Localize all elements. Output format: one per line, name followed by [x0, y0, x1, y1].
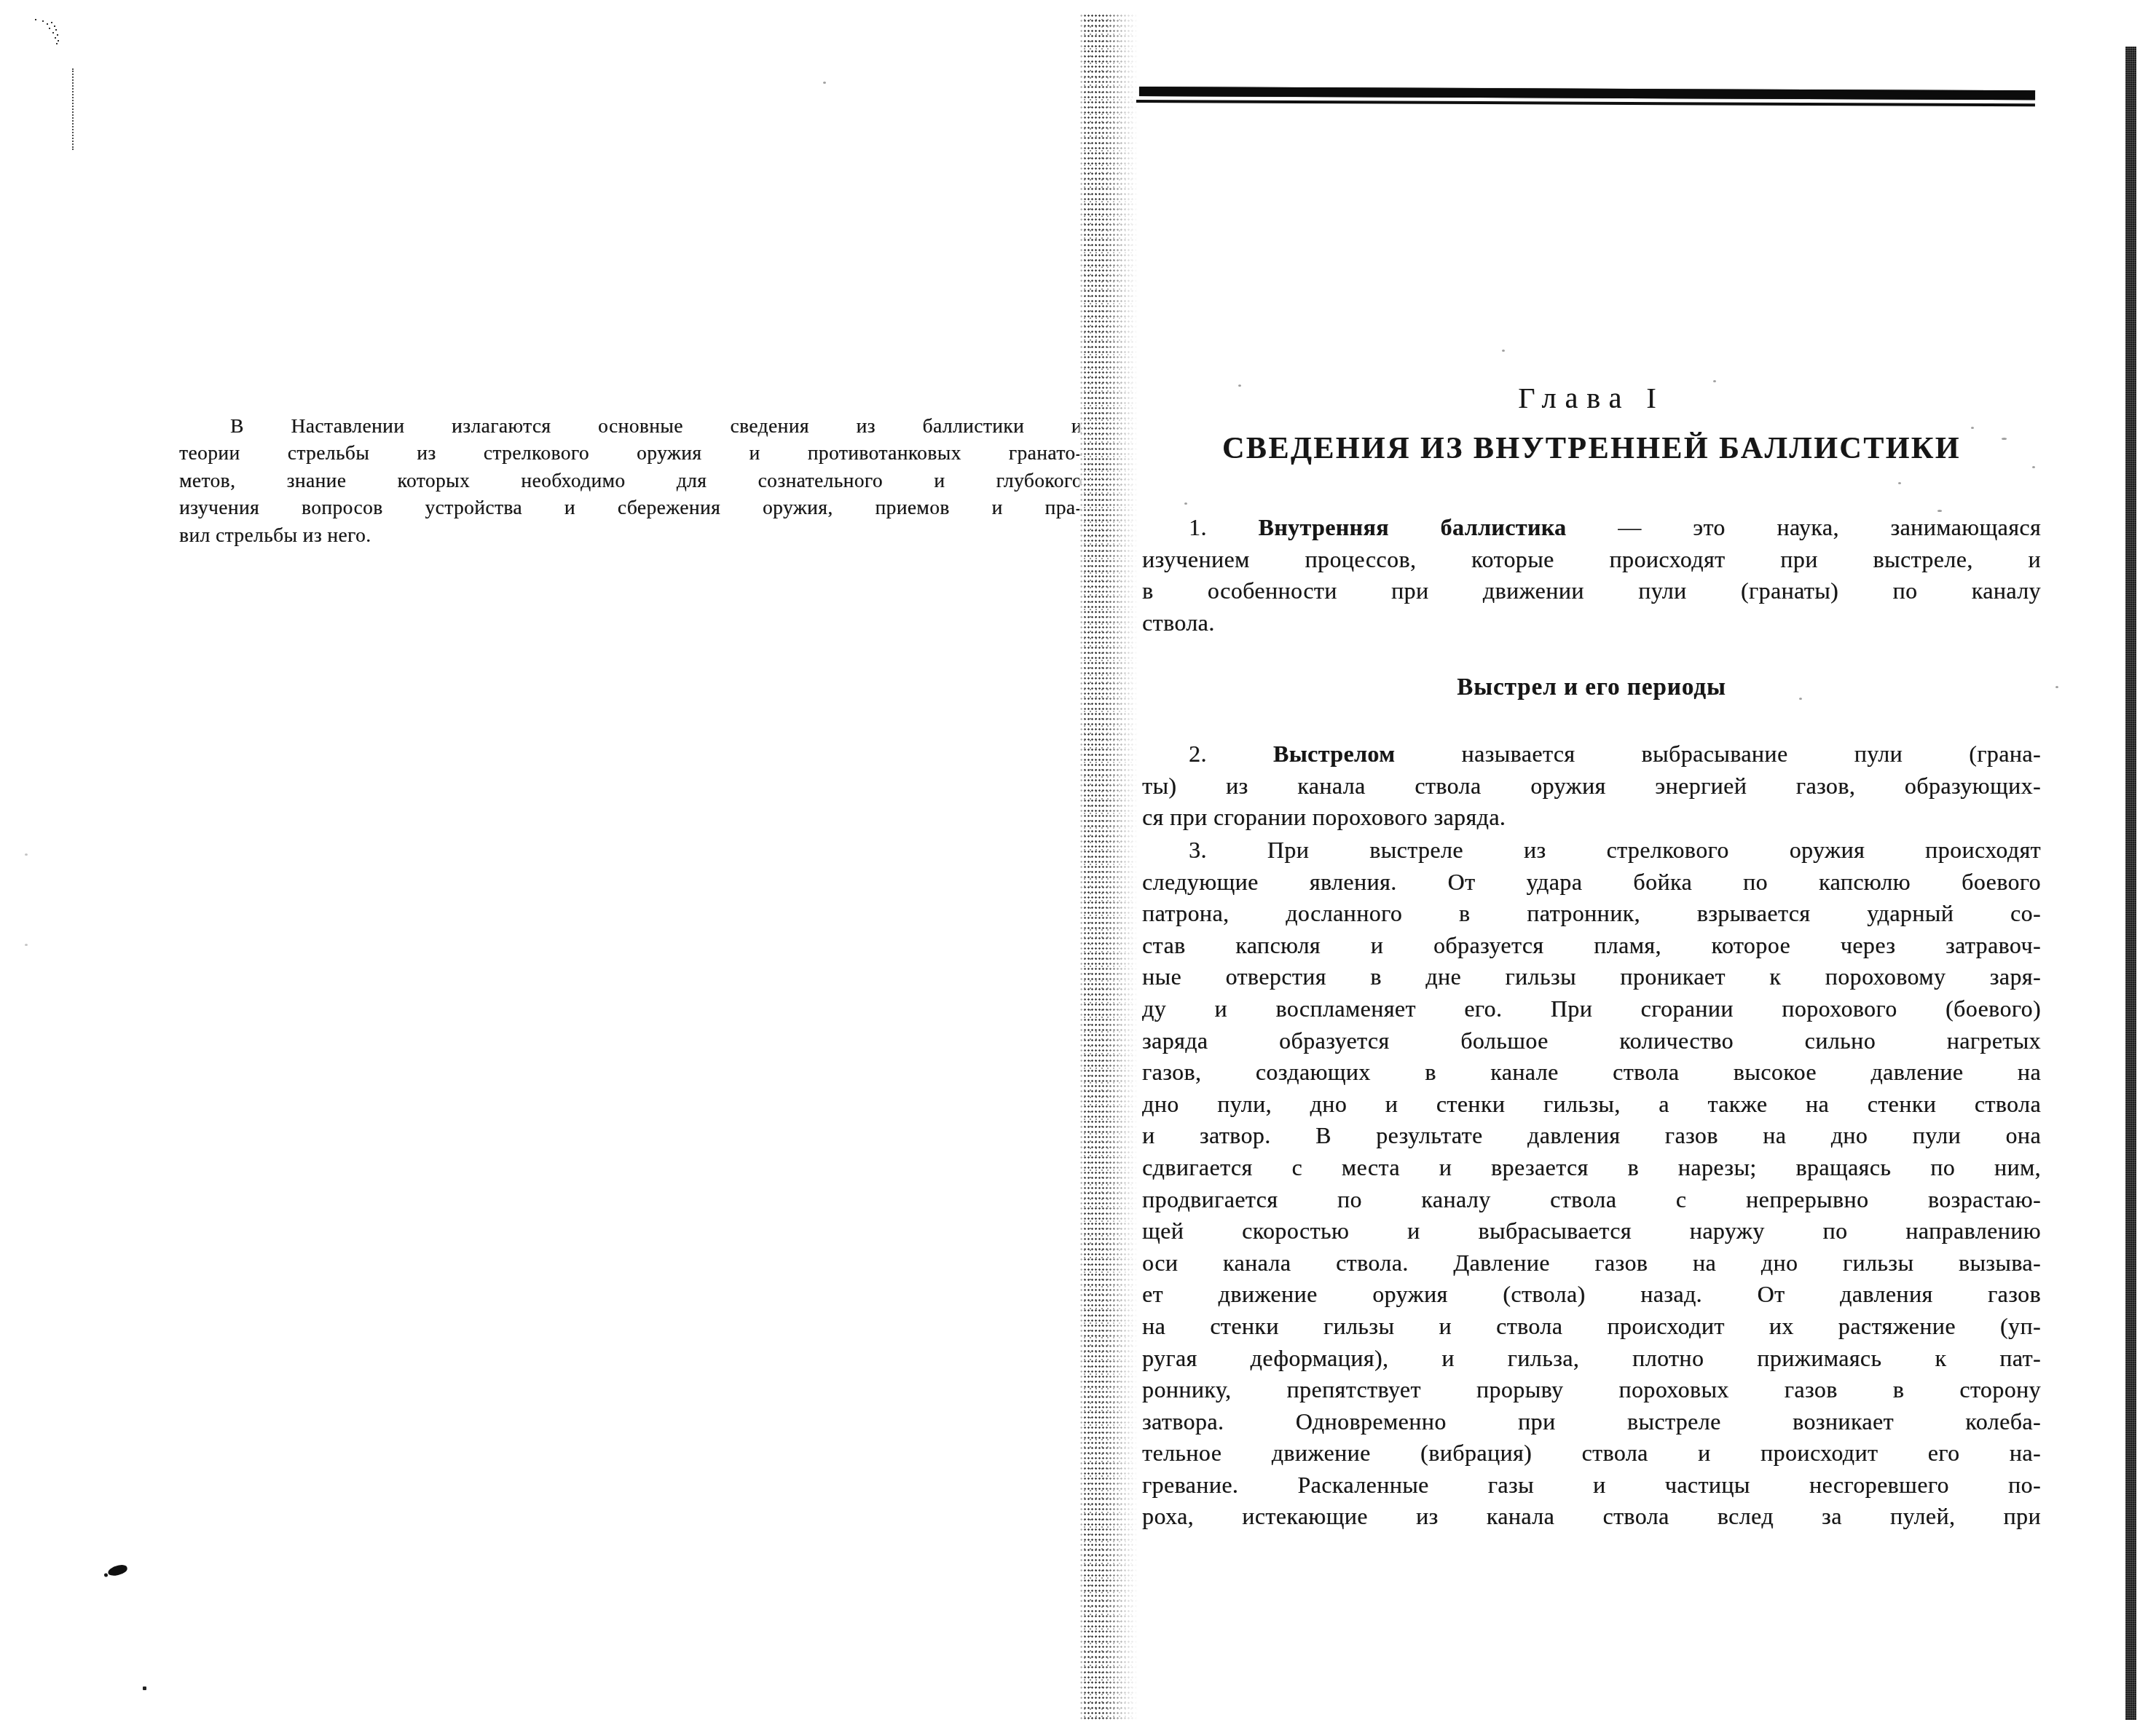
text-line: ты) из канала ствола оружия энергией газ… [1142, 770, 2041, 802]
scan-noise-speck [2002, 438, 2007, 440]
text-run: Выстрелом [1273, 741, 1395, 767]
paragraph-2: 2. Выстрелом называется выбрасывание пул… [1142, 738, 2041, 834]
text-run: В Наставлении излагаются основные сведен… [230, 414, 1082, 437]
text-line: следующие явления. От удара бойка по кап… [1142, 867, 2041, 899]
header-rule [1139, 87, 2038, 106]
text-run: роннику, препятствует прорыву пороховых … [1142, 1376, 2041, 1403]
text-run: ты) из канала ствола оружия энергией газ… [1142, 773, 2041, 799]
text-line: изучением процессов, которые происходят … [1142, 544, 2041, 576]
text-line: ет движение оружия (ствола) назад. От да… [1142, 1279, 2041, 1311]
gutter-fade-overlay [1079, 13, 1141, 1720]
scan-noise-speck [25, 853, 28, 856]
text-run: следующие явления. От удара бойка по кап… [1142, 869, 2041, 895]
section-heading: Выстрел и его периоды [1142, 674, 2041, 701]
text-line: теории стрельбы из стрелкового оружия и … [179, 439, 1082, 466]
scan-noise-speck [1799, 698, 1802, 700]
text-line: вил стрельбы из него. [179, 521, 1082, 548]
scan-noise-speck [823, 82, 826, 84]
text-run: роха, истекающие из канала ствола вслед … [1142, 1503, 2041, 1529]
text-line: 2. Выстрелом называется выбрасывание пул… [1142, 738, 2041, 770]
text-run: ствола. [1142, 610, 1215, 636]
text-run: изучения вопросов устройства и сбережени… [179, 496, 1082, 518]
text-line: изучения вопросов устройства и сбережени… [179, 494, 1082, 521]
text-run: 2. [1189, 741, 1273, 767]
text-line: оси канала ствола. Давление газов на дно… [1142, 1247, 2041, 1279]
header-rule-thick [1139, 87, 2035, 100]
text-run: ные отверстия в дне гильзы проникает к п… [1142, 963, 2041, 990]
text-line: сдвигается с места и врезается в нарезы;… [1142, 1152, 2041, 1184]
text-run: газов, создающих в канале ствола высокое… [1142, 1059, 2041, 1085]
text-line: ругая деформация), и гильза, плотно приж… [1142, 1343, 2041, 1375]
scan-noise-speck [1184, 502, 1187, 505]
text-line: на стенки гильзы и ствола происходит их … [1142, 1311, 2041, 1343]
text-run: щей скоростью и выбрасывается наружу по … [1142, 1218, 2041, 1244]
text-line: и затвор. В результате давления газов на… [1142, 1120, 2041, 1152]
text-run: гревание. Раскаленные газы и частицы нес… [1142, 1472, 2041, 1498]
text-line: гревание. Раскаленные газы и частицы нес… [1142, 1470, 2041, 1502]
scan-noise-speck [1971, 427, 1974, 429]
text-line: ся при сгорании порохового заряда. [1142, 802, 2041, 834]
text-run: ду и воспламеняет его. При сгорании поро… [1142, 995, 2041, 1022]
scan-dust-cluster [35, 19, 36, 20]
text-run: оси канала ствола. Давление газов на дно… [1142, 1250, 2041, 1276]
text-line: В Наставлении излагаются основные сведен… [179, 412, 1082, 439]
text-run: ся при сгорании порохового заряда. [1142, 804, 1506, 830]
text-line: в особенности при движении пули (гранаты… [1142, 575, 2041, 607]
text-run: называется выбрасывание пули (грана- [1395, 741, 2041, 767]
scan-noise-speck [1937, 510, 1942, 512]
paragraph-1: 1. Внутренняя баллистика — это наука, за… [1142, 512, 2041, 639]
ink-blot-mark [107, 1563, 128, 1577]
text-line: затвора. Одновременно при выстреле возни… [1142, 1406, 2041, 1438]
text-run: вил стрельбы из него. [179, 524, 371, 546]
scan-noise-speck [1238, 384, 1241, 387]
text-line: 1. Внутренняя баллистика — это наука, за… [1142, 512, 2041, 544]
text-run: ет движение оружия (ствола) назад. От да… [1142, 1281, 2041, 1307]
left-page-paragraph: В Наставлении излагаются основные сведен… [179, 412, 1082, 548]
text-line: дно пули, дно и стенки гильзы, а также н… [1142, 1089, 2041, 1121]
text-line: 3. При выстреле из стрелкового оружия пр… [1142, 835, 2041, 867]
text-run: ругая деформация), и гильза, плотно приж… [1142, 1345, 2041, 1371]
text-run: дно пули, дно и стенки гильзы, а также н… [1142, 1091, 2041, 1117]
text-line: щей скоростью и выбрасывается наружу по … [1142, 1215, 2041, 1247]
header-rule-thin [1136, 100, 2035, 106]
text-run: сдвигается с места и врезается в нарезы;… [1142, 1154, 2041, 1180]
text-run: — это наука, занимающаяся [1567, 514, 2042, 540]
text-run: изучением процессов, которые происходят … [1142, 546, 2041, 572]
text-line: роха, истекающие из канала ствола вслед … [1142, 1501, 2041, 1533]
scanned-book-spread: В Наставлении излагаются основные сведен… [0, 0, 2156, 1720]
text-run: затвора. Одновременно при выстреле возни… [1142, 1408, 2041, 1435]
text-line: ду и воспламеняет его. При сгорании поро… [1142, 993, 2041, 1025]
text-line: став капсюля и образуется пламя, которое… [1142, 930, 2041, 962]
scan-noise-speck [2032, 466, 2035, 468]
text-run: на стенки гильзы и ствола происходит их … [1142, 1313, 2041, 1339]
text-run: 3. При выстреле из стрелкового оружия пр… [1189, 837, 2041, 863]
text-run: и затвор. В результате давления газов на… [1142, 1122, 2041, 1148]
chapter-title: СВЕДЕНИЯ ИЗ ВНУТРЕННЕЙ БАЛЛИСТИКИ [1142, 431, 2041, 466]
scan-noise-speck [1502, 350, 1505, 352]
chapter-number: Глава I [1142, 381, 2041, 415]
page-edge-shadow [2125, 47, 2136, 1720]
text-run: тельное движение (вибрация) ствола и про… [1142, 1440, 2041, 1466]
text-run: в особенности при движении пули (гранаты… [1142, 577, 2041, 604]
scan-dot-mark [143, 1687, 146, 1690]
scan-noise-speck [1898, 482, 1901, 484]
text-line: продвигается по каналу ствола с непрерыв… [1142, 1184, 2041, 1216]
text-run: став капсюля и образуется пламя, которое… [1142, 932, 2041, 958]
text-run: теории стрельбы из стрелкового оружия и … [179, 441, 1082, 464]
text-line: роннику, препятствует прорыву пороховых … [1142, 1374, 2041, 1406]
scan-noise-speck [25, 944, 28, 946]
scan-noise-speck [1713, 380, 1716, 382]
text-line: заряда образуется большое количество сил… [1142, 1025, 2041, 1057]
text-run: заряда образуется большое количество сил… [1142, 1027, 2041, 1054]
scan-noise-speck [2055, 686, 2058, 688]
text-line: газов, создающих в канале ствола высокое… [1142, 1057, 2041, 1089]
binding-gutter-shadow [1079, 13, 1141, 1720]
text-line: ствола. [1142, 607, 2041, 639]
text-line: патрона, досланного в патронник, взрывае… [1142, 898, 2041, 930]
scan-dotted-line [72, 68, 74, 150]
text-run: 1. [1189, 514, 1258, 540]
text-run: продвигается по каналу ствола с непрерыв… [1142, 1186, 2041, 1212]
paragraph-3: 3. При выстреле из стрелкового оружия пр… [1142, 835, 2041, 1533]
text-run: Внутренняя баллистика [1258, 514, 1566, 540]
text-run: патрона, досланного в патронник, взрывае… [1142, 900, 2041, 926]
text-run: метов, знание которых необходимо для соз… [179, 469, 1082, 492]
text-line: тельное движение (вибрация) ствола и про… [1142, 1437, 2041, 1470]
text-line: ные отверстия в дне гильзы проникает к п… [1142, 961, 2041, 993]
text-line: метов, знание которых необходимо для соз… [179, 467, 1082, 494]
